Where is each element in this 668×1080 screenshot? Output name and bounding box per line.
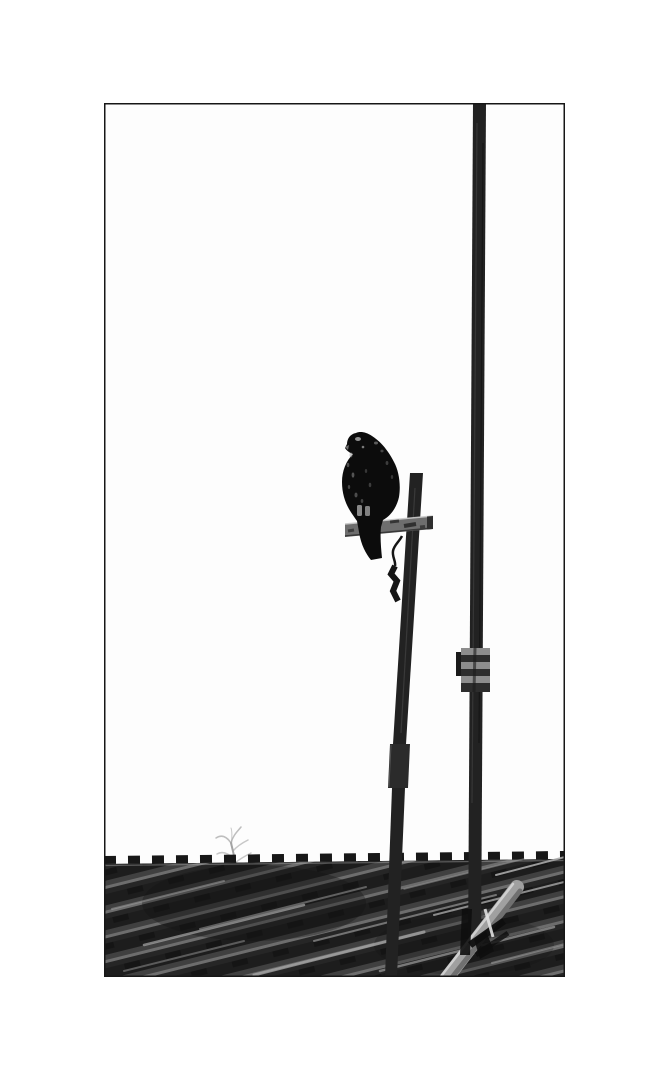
antenna-mast-coupling xyxy=(388,744,410,788)
crossbar-speckle xyxy=(420,527,425,528)
photo-mat xyxy=(0,0,668,1080)
bird-leg xyxy=(365,506,370,516)
bird-speckle xyxy=(350,453,353,458)
bird-speckle xyxy=(352,472,355,477)
bird-eye xyxy=(362,446,365,449)
crossbar-speckle xyxy=(390,521,399,522)
sleeve-seam xyxy=(474,648,475,692)
bird-speckle xyxy=(369,483,372,487)
photo-canvas xyxy=(104,103,565,977)
bird-speckle xyxy=(386,461,389,465)
bird-speckle xyxy=(365,469,367,473)
sky xyxy=(104,103,565,977)
bird-speckle xyxy=(374,442,378,445)
bird-speckle xyxy=(361,499,364,503)
crossbar-end-cap xyxy=(427,516,433,530)
tall-mast-banded-sleeve xyxy=(456,648,490,692)
crossbar-speckle xyxy=(404,524,416,526)
framed-photo xyxy=(104,103,565,977)
bird-speckle xyxy=(347,463,350,467)
bird-leg xyxy=(357,505,362,516)
bird-speckle xyxy=(380,450,383,453)
bird-speckle xyxy=(391,475,393,479)
bird-speckle xyxy=(355,493,358,498)
roof-shadow-patch xyxy=(142,865,366,941)
bird-speckle xyxy=(348,485,350,489)
clamp-bracket-plate xyxy=(460,909,472,955)
crossbar-speckle xyxy=(348,530,354,531)
bird-crown-highlight xyxy=(355,437,361,441)
